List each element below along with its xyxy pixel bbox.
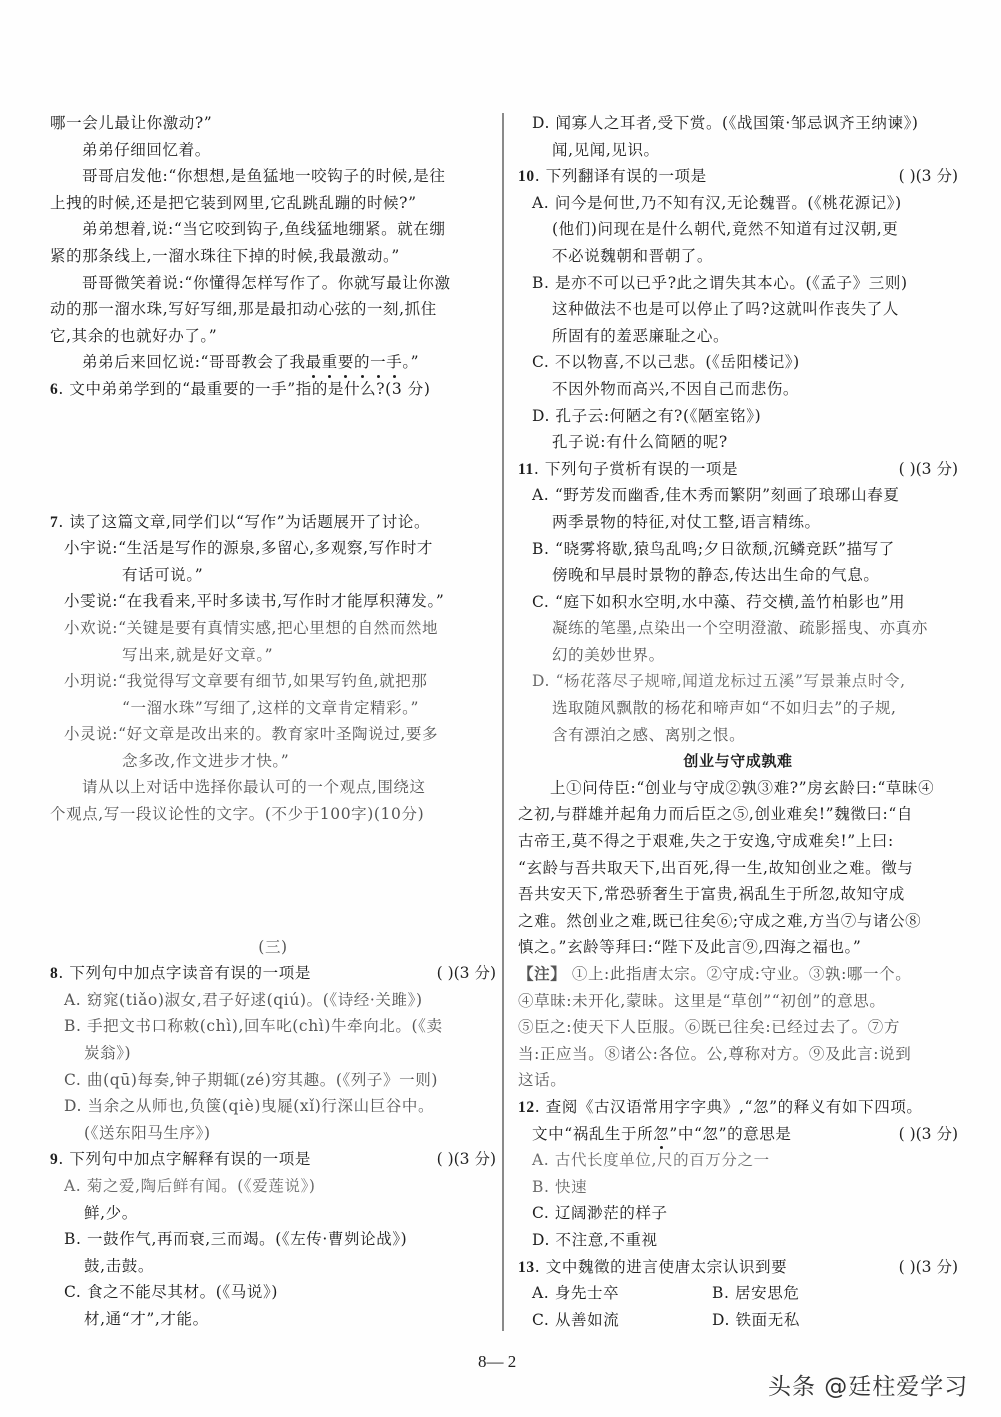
q9-option-c-gloss: 材,通“才”,才能。 [50,1306,496,1333]
passage-line: 哥哥微笑着说:“你懂得怎样写作了。你就写最让你激 [50,270,496,297]
q12-option-a: A. 古代长度单位,尺的百万分之一 [518,1147,958,1174]
passage-line: 哥哥启发他:“你想想,是鱼猛地一咬钩子的时候,是往 [50,163,496,190]
q12-option-c: C. 辽阔渺茫的样子 [518,1200,958,1227]
q13-option-b: B. 居安思危 [712,1280,892,1307]
q11-option-c-cont: 凝练的笔墨,点染出一个空明澄澈、疏影摇曳、亦真亦 [518,615,958,642]
q11-option-a-cont: 两季景物的特征,对仗工整,语言精练。 [518,509,958,536]
answer-blank[interactable]: ( )(3 分) [899,1121,958,1148]
view-xiaoyu-cont: 有话可说。” [50,562,496,589]
answer-blank[interactable]: ( )(3 分) [899,163,958,190]
q9-option-d-gloss: 闻,见闻,见识。 [518,137,958,164]
q10-option-a-translation: 不必说魏朝和晋朝了。 [518,243,958,270]
view-xiaohuan: 小欢说:“关键是要有真情实感,把心里想的自然而然地 [50,615,496,642]
view-xiaoling: 小灵说:“好文章是改出来的。教育家叶圣陶说过,要多 [50,721,496,748]
notes-line: 当:正应当。⑧诸公:各位。公,尊称对方。⑨及此言:说到 [518,1041,958,1068]
q10-option-b-translation: 这种做法不也是可以停止了吗?这就叫作丧失了人 [518,296,958,323]
q10-option-c-translation: 不因外物而高兴,不因自己而悲伤。 [518,376,958,403]
q11-option-d-cont: 含有漂泊之感、离别之恨。 [518,722,958,749]
q9-option-a: A. 菊之爱,陶后鲜有闻。(《爱莲说》) [50,1173,496,1200]
emphasis-dotted-char: 忽 [653,1121,669,1148]
answer-area-q6[interactable] [50,403,496,509]
passage-line: 弟弟想着,说:“当它咬到钩子,鱼线猛地绷紧。就在绷 [50,216,496,243]
notes-line: 【注】 ①上:此指唐太宗。②守成:守业。③孰:哪一个。 [518,961,958,988]
q13-options-row: A. 身先士卒B. 居安思危 [518,1280,958,1307]
question-8: 8. 下列句中加点字读音有误的一项是( )(3 分) [50,960,496,987]
passage-line: 弟弟仔细回忆着。 [50,137,496,164]
q9-option-b: B. 一鼓作气,再而衰,三而竭。(《左传·曹刿论战》) [50,1226,496,1253]
column-divider [502,113,504,1331]
q8-option-a: A. 窈窕(tiǎo)淑女,君子好逑(qiú)。(《诗经·关雎》) [50,987,496,1014]
answer-blank[interactable]: ( )(3 分) [437,960,496,987]
q8-option-c: C. 曲(qū)每奏,钟子期辄(zé)穷其趣。(《列子》一则) [50,1067,496,1094]
question-12-cont: 文中“祸乱生于所忽”中“忽”的意思是( )(3 分) [518,1121,958,1148]
q9-option-d: D. 闻寡人之耳者,受下赏。(《战国策·邹忌讽齐王纳谏》) [518,110,958,137]
classical-passage-line: 慎之。”玄龄等拜曰:“陛下及此言⑨,四海之福也。” [518,934,958,961]
q10-option-d-translation: 孔子说:有什么简陋的呢? [518,429,958,456]
passage-line: 紧的那条线上,一溜水珠往下掉的时候,我最激动。” [50,243,496,270]
question-10: 10. 下列翻译有误的一项是( )(3 分) [518,163,958,190]
page-number: 8— 2 [478,1352,516,1372]
q10-option-a: A. 问今是何世,乃不知有汉,无论魏晋。(《桃花源记》) [518,190,958,217]
q10-option-a-translation: (他们)问现在是什么朝代,竟然不知道有过汉朝,更 [518,216,958,243]
view-xiaoyue: 小玥说:“我觉得写文章要有细节,如果写钓鱼,就把那 [50,668,496,695]
emphasis-dotted-text: 最重要的一手 [306,353,403,371]
q12-option-b: B. 快速 [518,1174,958,1201]
answer-area-q7[interactable] [50,828,496,934]
q13-options-row: C. 从善如流D. 铁面无私 [518,1307,958,1334]
passage-line-last: 弟弟后来回忆说:“哥哥教会了我最重要的一手。” [50,349,496,376]
watermark: 头条 @廷柱爱学习 [768,1368,968,1401]
classical-passage-line: 吾共安天下,常恐骄奢生于富贵,祸乱生于所忽,故知守成 [518,881,958,908]
q8-option-b-cont: 炭翁》) [50,1040,496,1067]
q10-option-c: C. 不以物喜,不以己悲。(《岳阳楼记》) [518,349,958,376]
notes-label: 【注】 [518,964,566,983]
question-6: 6. 文中弟弟学到的“最重要的一手”指的是什么?(3 分) [50,376,496,403]
q9-option-b-gloss: 鼓,击鼓。 [50,1253,496,1280]
passage-line: 哪一会儿最让你激动?” [50,110,496,137]
question-13: 13. 文中魏徵的进言使唐太宗认识到要( )(3 分) [518,1254,958,1281]
q13-option-d: D. 铁面无私 [712,1307,892,1334]
passage-line: 它,其余的也就好办了。” [50,323,496,350]
q8-option-b: B. 手把文书口称敕(chì),回车叱(chì)牛牵向北。(《卖 [50,1013,496,1040]
view-xiaoling-cont: 念多改,作文进步才快。” [50,748,496,775]
left-column: 哪一会儿最让你激动?” 弟弟仔细回忆着。 哥哥启发他:“你想想,是鱼猛地一咬钩子… [50,110,496,1333]
q8-option-d: D. 当余之从师也,负箧(qiè)曳屣(xǐ)行深山巨谷中。 [50,1093,496,1120]
passage-line: 动的那一溜水珠,写好写细,那是最扣动心弦的一刻,抓住 [50,296,496,323]
question-7: 7. 读了这篇文章,同学们以“写作”为话题展开了讨论。 [50,509,496,536]
question-9: 9. 下列句中加点字解释有误的一项是( )(3 分) [50,1146,496,1173]
q9-option-a-gloss: 鲜,少。 [50,1200,496,1227]
classical-passage-line: 古帝王,莫不得之于艰难,失之于安逸,守成难矣!”上曰: [518,828,958,855]
view-xiaowen: 小雯说:“在我看来,平时多读书,写作时才能厚积薄发。” [50,588,496,615]
q10-option-d: D. 孔子云:何陋之有?(《陋室铭》) [518,403,958,430]
q10-option-b-translation: 所固有的羞恶廉耻之心。 [518,323,958,350]
view-xiaoyu: 小宇说:“生活是写作的源泉,多留心,多观察,写作时才 [50,535,496,562]
question-12: 12. 查阅《古汉语常用字字典》,“忽”的释义有如下四项。 [518,1094,958,1121]
q12-option-d: D. 不注意,不重视 [518,1227,958,1254]
q11-option-c: C. “庭下如积水空明,水中藻、荇交横,盖竹柏影也”用 [518,589,958,616]
q10-option-b: B. 是亦不可以已乎?此之谓失其本心。(《孟子》三则) [518,270,958,297]
q11-option-d-cont: 选取随风飘散的杨花和啼声如“不如归去”的子规, [518,695,958,722]
classical-passage-line: 之初,与群雄并起角力而后臣之⑤,创业难矣!”魏徵曰:“自 [518,801,958,828]
q7-prompt-cont: 个观点,写一段议论性的文字。(不少于100字)(10分) [50,801,496,828]
passage-title: 创业与守成孰难 [518,748,958,775]
q11-option-c-cont: 幻的美妙世界。 [518,642,958,669]
q13-option-a: A. 身先士卒 [532,1280,712,1307]
classical-passage-line: 上①问侍臣:“创业与守成②孰③难?”房玄龄曰:“草昧④ [518,775,958,802]
q9-option-c: C. 食之不能尽其材。(《马说》) [50,1279,496,1306]
passage-line: 上拽的时候,还是把它装到网里,它乱跳乱蹦的时候?” [50,190,496,217]
q8-option-d-cont: (《送东阳马生序》) [50,1120,496,1147]
q11-option-a: A. “野芳发而幽香,佳木秀而繁阴”刻画了琅琊山春夏 [518,482,958,509]
classical-passage-line: 之难。然创业之难,既已往矣⑥;守成之难,方当⑦与诸公⑧ [518,908,958,935]
notes-line: ④草昧:未开化,蒙昧。这里是“草创”“初创”的意思。 [518,988,958,1015]
answer-blank[interactable]: ( )(3 分) [899,456,958,483]
notes-line: 这话。 [518,1067,958,1094]
question-11: 11. 下列句子赏析有误的一项是( )(3 分) [518,456,958,483]
right-column: D. 闻寡人之耳者,受下赏。(《战国策·邹忌讽齐王纳谏》) 闻,见闻,见识。 1… [518,110,958,1333]
q13-option-c: C. 从善如流 [532,1307,712,1334]
classical-passage-line: “玄龄与吾共取天下,出百死,得一生,故知创业之难。徵与 [518,855,958,882]
q11-option-b: B. “晓雾将歇,猿鸟乱鸣;夕日欲颓,沉鳞竞跃”描写了 [518,536,958,563]
view-xiaoyue-cont: “一溜水珠”写细了,这样的文章肯定精彩。” [50,695,496,722]
q11-option-b-cont: 傍晚和早晨时景物的静态,传达出生命的气息。 [518,562,958,589]
answer-blank[interactable]: ( )(3 分) [437,1146,496,1173]
q7-prompt: 请从以上对话中选择你最认可的一个观点,围绕这 [50,774,496,801]
q11-option-d: D. “杨花落尽子规啼,闻道龙标过五溪”写景兼点时令, [518,668,958,695]
section-label: (三) [50,934,496,961]
answer-blank[interactable]: ( )(3 分) [899,1254,958,1281]
notes-line: ⑤臣之:使天下人臣服。⑥既已往矣:已经过去了。⑦方 [518,1014,958,1041]
view-xiaohuan-cont: 写出来,就是好文章。” [50,642,496,669]
